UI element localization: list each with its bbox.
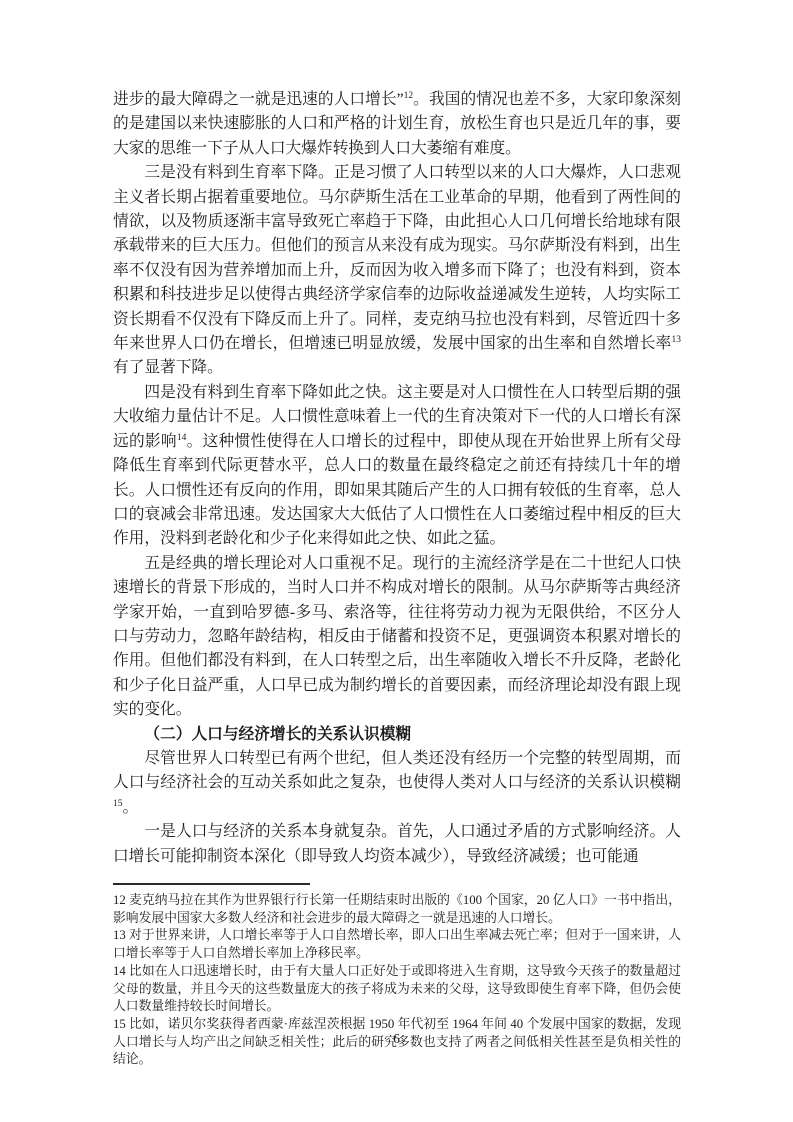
section-heading: （二）人口与经济增长的关系认识模糊	[113, 723, 681, 747]
footnote: 14 比如在人口迅速增长时，由于有大量人口正好处于或即将进入生育期，这导致今天孩…	[113, 963, 681, 1016]
paragraph: 三是没有料到生育率下降。正是习惯了人口转型以来的人口大爆炸，人口悲观主义者长期占…	[113, 161, 681, 381]
footnote-separator	[113, 883, 310, 885]
footnote-ref: 14	[177, 432, 187, 442]
paragraph: 一是人口与经济的关系本身就复杂。首先，人口通过矛盾的方式影响经济。人口增长可能抑…	[113, 820, 681, 869]
document-page: 进步的最大障碍之一就是迅速的人口增长”12。我国的情况也差不多，大家印象深刻的是…	[0, 0, 793, 1122]
footnote-ref: 15	[113, 799, 123, 809]
footnote: 12 麦克纳马拉在其作为世界银行行长第一任期结束时出版的《100 个国家，20 …	[113, 892, 681, 927]
footnote-ref: 12	[404, 91, 414, 101]
paragraph: 进步的最大障碍之一就是迅速的人口增长”12。我国的情况也差不多，大家印象深刻的是…	[113, 88, 681, 161]
body-paragraphs: 进步的最大障碍之一就是迅速的人口增长”12。我国的情况也差不多，大家印象深刻的是…	[113, 88, 681, 869]
footnote-ref: 13	[672, 335, 682, 345]
page-number: 6	[0, 1031, 793, 1047]
paragraph: 尽管世界人口转型已有两个世纪，但人类还没有经历一个完整的转型周期，而人口与经济社…	[113, 747, 681, 820]
page-content: 进步的最大障碍之一就是迅速的人口增长”12。我国的情况也差不多，大家印象深刻的是…	[113, 88, 681, 1069]
footnote: 13 对于世界来讲，人口增长率等于人口自然增长率，即人口出生率减去死亡率；但对于…	[113, 927, 681, 962]
paragraph: 五是经典的增长理论对人口重视不足。现行的主流经济学是在二十世纪人口快速增长的背景…	[113, 552, 681, 723]
paragraph: 四是没有料到生育率下降如此之快。这主要是对人口惯性在人口转型后期的强大收缩力量估…	[113, 381, 681, 552]
